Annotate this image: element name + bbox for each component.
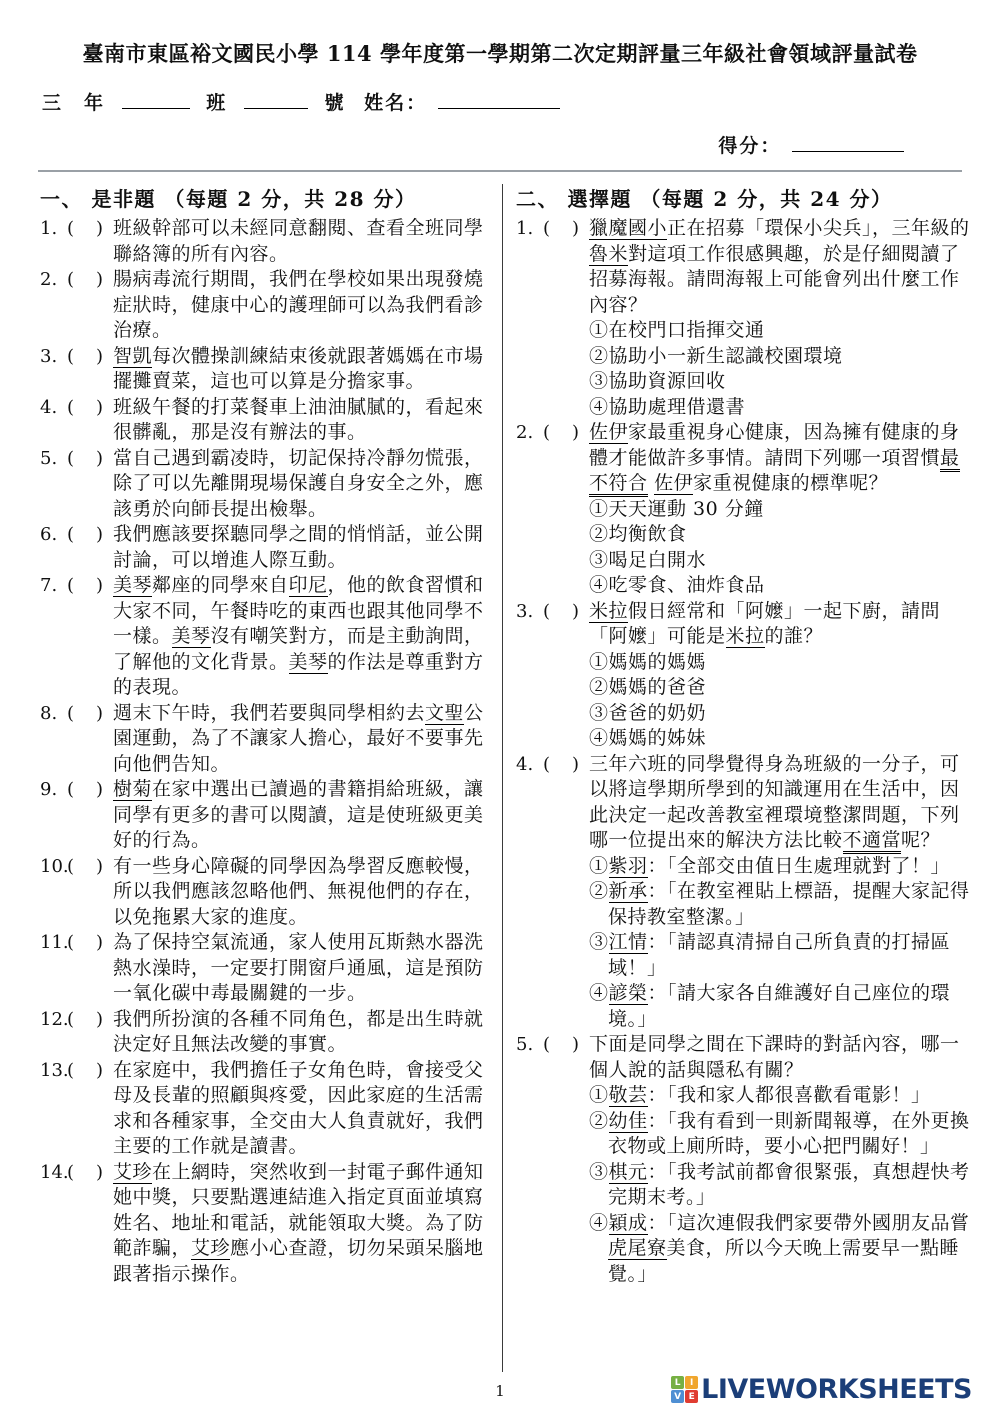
true-false-column: 一、 是非題 （每題 2 分，共 28 分）1.( )班級幹部可以未經同意翻閱、… xyxy=(0,184,503,1372)
text-segment: ④吃零食、油炸食品 xyxy=(589,574,765,596)
choice-option[interactable]: ①敬芸：「我和家人都很喜歡看電影！」 xyxy=(589,1083,976,1109)
name-label: 姓名： xyxy=(364,92,427,114)
underlined-text: 敬芸 xyxy=(609,1084,648,1107)
question-number: 12. xyxy=(40,1007,67,1033)
text-segment: ：「我考試前都會很緊張，真想趕快考完期末考。」 xyxy=(608,1161,970,1209)
text-segment: 下面是同學之間在下課時的對話內容，哪一個人說的話與隱私有關？ xyxy=(589,1033,960,1081)
text-segment: 呢？ xyxy=(901,829,940,851)
text-segment: ① xyxy=(589,1084,609,1106)
text-segment: ：「這次連假我們家要帶外國朋友品嘗 xyxy=(648,1212,970,1234)
answer-blank[interactable]: ( ) xyxy=(67,854,113,880)
question-body: 腸病毒流行期間，我們在學校如果出現發燒症狀時，健康中心的護理師可以為我們看診治療… xyxy=(113,267,494,344)
student-info-line: 三 年 班 號 姓名： xyxy=(42,88,960,115)
question-number: 3. xyxy=(516,599,543,625)
question-text: 米拉假日經常和「阿嬤」一起下廚，請問「阿嬤」可能是米拉的誰？ xyxy=(589,599,976,650)
liveworksheets-logo: LIVE LIVEWORKSHEETS xyxy=(671,1374,972,1405)
answer-blank[interactable]: ( ) xyxy=(543,599,589,625)
question-row: 4.( )班級午餐的打菜餐車上油油膩膩的，看起來很髒亂，那是沒有辦法的事。 xyxy=(40,395,494,446)
question-body: 佐伊家最重視身心健康，因為擁有健康的身體才能做許多事情。請問下列哪一項習慣最不符… xyxy=(589,420,976,599)
question-body: 為了保持空氣流通，家人使用瓦斯熱水器洗熱水澡時，一定要打開窗戶通風，這是預防一氧… xyxy=(113,930,494,1007)
text-segment: 當自己遇到霸凌時，切記保持冷靜勿慌張，除了可以先離開現場保護自身安全之外，應該勇… xyxy=(113,447,484,520)
question-row: 5.( )當自己遇到霸凌時，切記保持冷靜勿慌張，除了可以先離開現場保護自身安全之… xyxy=(40,446,494,523)
underlined-text: 魯米 xyxy=(589,243,628,266)
logo-square-e: E xyxy=(685,1390,698,1403)
question-text: 我們所扮演的各種不同角色，都是出生時就決定好且無法改變的事實。 xyxy=(113,1007,494,1058)
text-segment: 鄰座的同學來自 xyxy=(152,574,289,596)
question-body: 我們應該要探聽同學之間的悄悄話，並公開討論，可以增進人際互動。 xyxy=(113,522,494,573)
underlined-text: 新承 xyxy=(609,880,648,903)
question-text: 為了保持空氣流通，家人使用瓦斯熱水器洗熱水澡時，一定要打開窗戶通風，這是預防一氧… xyxy=(113,930,494,1007)
question-body: 艾珍在上網時，突然收到一封電子郵件通知她中獎，只要點選連結進入指定頁面並填寫姓名… xyxy=(113,1160,494,1288)
choice-option[interactable]: ②媽媽的爸爸 xyxy=(589,675,976,701)
question-row: 1.( )班級幹部可以未經同意翻閱、查看全班同學聯絡簿的所有內容。 xyxy=(40,216,494,267)
text-segment: 在家中選出已讀過的書籍捐給班級，讓同學有更多的書可以閱讀，這是使班級更美好的行為… xyxy=(113,778,484,851)
question-number: 5. xyxy=(516,1032,543,1058)
answer-blank[interactable]: ( ) xyxy=(67,267,113,293)
choice-option[interactable]: ③協助資源回收 xyxy=(589,369,976,395)
answer-blank[interactable]: ( ) xyxy=(67,1007,113,1033)
choice-option[interactable]: ④媽媽的姊妹 xyxy=(589,726,976,752)
text-segment: 為了保持空氣流通，家人使用瓦斯熱水器洗熱水澡時，一定要打開窗戶通風，這是預防一氧… xyxy=(113,931,484,1004)
answer-blank[interactable]: ( ) xyxy=(67,777,113,803)
text-segment: ③爸爸的奶奶 xyxy=(589,702,706,724)
question-row: 13.( )在家庭中，我們擔任子女角色時，會接受父母及長輩的照顧與疼愛，因此家庭… xyxy=(40,1058,494,1160)
underlined-text: 佐伊 xyxy=(589,421,628,444)
question-text: 樹菊在家中選出已讀過的書籍捐給班級，讓同學有更多的書可以閱讀，這是使班級更美好的… xyxy=(113,777,494,854)
question-row: 14.( )艾珍在上網時，突然收到一封電子郵件通知她中獎，只要點選連結進入指定頁… xyxy=(40,1160,494,1288)
question-row: 10.( )有一些身心障礙的同學因為學習反應較慢，所以我們應該忽略他們、無視他們… xyxy=(40,854,494,931)
question-text: 週末下午時，我們若要與同學相約去文聖公園運動，為了不讓家人擔心，最好不要事先向他… xyxy=(113,701,494,778)
question-number: 1. xyxy=(516,216,543,242)
logo-square-l: L xyxy=(671,1376,684,1389)
logo-square-i: I xyxy=(685,1376,698,1389)
question-row: 2.( )腸病毒流行期間，我們在學校如果出現發燒症狀時，健康中心的護理師可以為我… xyxy=(40,267,494,344)
answer-blank[interactable]: ( ) xyxy=(67,522,113,548)
question-number: 6. xyxy=(40,522,67,548)
choice-option[interactable]: ④穎成：「這次連假我們家要帶外國朋友品嘗虎尾寮美食，所以今天晚上需要早一點睡覺。… xyxy=(589,1211,976,1288)
question-row: 7.( )美琴鄰座的同學來自印尼，他的飲食習慣和大家不同，午餐時吃的東西也跟其他… xyxy=(40,573,494,701)
choice-option[interactable]: ①在校門口指揮交通 xyxy=(589,318,976,344)
text-segment: ① xyxy=(589,855,609,877)
question-row: 5.( )下面是同學之間在下課時的對話內容，哪一個人說的話與隱私有關？①敬芸：「… xyxy=(516,1032,976,1287)
question-text: 獵魔國小正在招募「環保小尖兵」，三年級的魯米對這項工作很感興趣，於是仔細閱讀了招… xyxy=(589,216,976,318)
text-segment: 週末下午時，我們若要與同學相約去 xyxy=(113,702,425,724)
text-segment: ②均衡飲食 xyxy=(589,523,687,545)
text-segment: ④ xyxy=(589,982,609,1004)
choice-option[interactable]: ②幼佳：「我有看到一則新聞報導，在外更換衣物或上廁所時，要小心把門關好！」 xyxy=(589,1109,976,1160)
answer-blank[interactable]: ( ) xyxy=(67,216,113,242)
question-text: 有一些身心障礙的同學因為學習反應較慢，所以我們應該忽略他們、無視他們的存在，以免… xyxy=(113,854,494,931)
question-body: 在家庭中，我們擔任子女角色時，會接受父母及長輩的照顧與疼愛，因此家庭的生活需求和… xyxy=(113,1058,494,1160)
choice-option[interactable]: ③江情：「請認真清掃自己所負責的打掃區域！」 xyxy=(589,930,976,981)
section-heading: 一、 是非題 （每題 2 分，共 28 分） xyxy=(40,184,494,214)
text-segment: ② xyxy=(589,1110,609,1132)
question-number: 1. xyxy=(40,216,67,242)
question-body: 獵魔國小正在招募「環保小尖兵」，三年級的魯米對這項工作很感興趣，於是仔細閱讀了招… xyxy=(589,216,976,420)
text-segment: 班級午餐的打菜餐車上油油膩膩的，看起來很髒亂，那是沒有辦法的事。 xyxy=(113,396,484,444)
question-text: 艾珍在上網時，突然收到一封電子郵件通知她中獎，只要點選連結進入指定頁面並填寫姓名… xyxy=(113,1160,494,1288)
question-text: 美琴鄰座的同學來自印尼，他的飲食習慣和大家不同，午餐時吃的東西也跟其他同學不一樣… xyxy=(113,573,494,701)
answer-blank[interactable]: ( ) xyxy=(67,573,113,599)
section-heading: 二、 選擇題 （每題 2 分，共 24 分） xyxy=(516,184,976,214)
text-segment: 正在招募「環保小尖兵」，三年級的 xyxy=(667,217,970,239)
choice-option[interactable]: ②均衡飲食 xyxy=(589,522,976,548)
question-text: 智凱每次體操訓練結束後就跟著媽媽在市場擺攤賣菜，這也可以算是分擔家事。 xyxy=(113,344,494,395)
score-line: 得分： xyxy=(0,131,904,158)
text-segment: 有一些身心障礙的同學因為學習反應較慢，所以我們應該忽略他們、無視他們的存在，以免… xyxy=(113,855,484,928)
question-body: 米拉假日經常和「阿嬤」一起下廚，請問「阿嬤」可能是米拉的誰？①媽媽的媽媽②媽媽的… xyxy=(589,599,976,752)
underlined-text: 米拉 xyxy=(589,600,628,623)
question-body: 當自己遇到霸凌時，切記保持冷靜勿慌張，除了可以先離開現場保護自身安全之外，應該勇… xyxy=(113,446,494,523)
question-row: 4.( )三年六班的同學覺得身為班級的一分子，可以將這學期所學到的知識運用在生活… xyxy=(516,752,976,1033)
question-number: 2. xyxy=(516,420,543,446)
score-blank[interactable] xyxy=(792,131,904,152)
question-number: 11. xyxy=(40,930,67,956)
underlined-text: 江情 xyxy=(609,931,648,954)
liveworksheets-logo-icon: LIVE xyxy=(671,1376,698,1403)
choice-option[interactable]: ②協助小一新生認識校園環境 xyxy=(589,344,976,370)
question-body: 週末下午時，我們若要與同學相約去文聖公園運動，為了不讓家人擔心，最好不要事先向他… xyxy=(113,701,494,778)
answer-blank[interactable]: ( ) xyxy=(67,1160,113,1186)
answer-blank[interactable]: ( ) xyxy=(67,395,113,421)
question-text: 三年六班的同學覺得身為班級的一分子，可以將這學期所學到的知識運用在生活中，因此決… xyxy=(589,752,976,854)
text-segment: 家重視健康的標準呢？ xyxy=(693,472,888,494)
text-segment: 每次體操訓練結束後就跟著媽媽在市場擺攤賣菜，這也可以算是分擔家事。 xyxy=(113,345,484,393)
question-body: 班級幹部可以未經同意翻閱、查看全班同學聯絡簿的所有內容。 xyxy=(113,216,494,267)
text-segment: ：「全部交由值日生處理就對了！」 xyxy=(648,855,951,877)
answer-blank[interactable]: ( ) xyxy=(543,216,589,242)
answer-blank[interactable]: ( ) xyxy=(67,344,113,370)
multiple-choice-column: 二、 選擇題 （每題 2 分，共 24 分）1.( )獵魔國小正在招募「環保小尖… xyxy=(503,184,1000,1372)
question-number: 7. xyxy=(40,573,67,599)
text-segment: ①天天運動 30 分鐘 xyxy=(589,498,764,520)
text-segment: ：「請認真清掃自己所負責的打掃區域！」 xyxy=(608,931,950,979)
text-segment: 我們應該要探聽同學之間的悄悄話，並公開討論，可以增進人際互動。 xyxy=(113,523,484,571)
text-segment: ②媽媽的爸爸 xyxy=(589,676,706,698)
underlined-text: 紫羽 xyxy=(609,855,648,878)
exam-paper-page: 臺南市東區裕文國民小學 114 學年度第一學期第二次定期評量三年級社會領域評量試… xyxy=(0,0,1000,1416)
text-segment: 在家庭中，我們擔任子女角色時，會接受父母及長輩的照顧與疼愛，因此家庭的生活需求和… xyxy=(113,1059,484,1158)
answer-blank[interactable]: ( ) xyxy=(543,752,589,778)
question-body: 有一些身心障礙的同學因為學習反應較慢，所以我們應該忽略他們、無視他們的存在，以免… xyxy=(113,854,494,931)
answer-blank[interactable]: ( ) xyxy=(67,1058,113,1084)
question-number: 14. xyxy=(40,1160,67,1186)
answer-blank[interactable]: ( ) xyxy=(67,930,113,956)
underlined-text: 幼佳 xyxy=(609,1110,648,1133)
page-title: 臺南市東區裕文國民小學 114 學年度第一學期第二次定期評量三年級社會領域評量試… xyxy=(0,0,1000,68)
text-segment: ③協助資源回收 xyxy=(589,370,726,392)
question-number: 4. xyxy=(40,395,67,421)
question-row: 3.( )智凱每次體操訓練結束後就跟著媽媽在市場擺攤賣菜，這也可以算是分擔家事。 xyxy=(40,344,494,395)
class-label: 班 xyxy=(206,92,227,114)
text-segment: ③喝足白開水 xyxy=(589,549,706,571)
text-segment: 的誰？ xyxy=(765,625,824,647)
question-text: 班級午餐的打菜餐車上油油膩膩的，看起來很髒亂，那是沒有辦法的事。 xyxy=(113,395,494,446)
underlined-text: 艾珍 xyxy=(191,1237,230,1260)
question-text: 下面是同學之間在下課時的對話內容，哪一個人說的話與隱私有關？ xyxy=(589,1032,976,1083)
question-columns: 一、 是非題 （每題 2 分，共 28 分）1.( )班級幹部可以未經同意翻閱、… xyxy=(0,184,1000,1372)
question-text: 當自己遇到霸凌時，切記保持冷靜勿慌張，除了可以先離開現場保護自身安全之外，應該勇… xyxy=(113,446,494,523)
score-label: 得分： xyxy=(718,135,781,157)
text-segment: ③ xyxy=(589,931,609,953)
question-text: 班級幹部可以未經同意翻閱、查看全班同學聯絡簿的所有內容。 xyxy=(113,216,494,267)
text-segment: 對這項工作很感興趣，於是仔細閱讀了招募海報。請問海報上可能會列出什麼工作內容？ xyxy=(589,243,960,316)
question-number: 9. xyxy=(40,777,67,803)
question-body: 下面是同學之間在下課時的對話內容，哪一個人說的話與隱私有關？①敬芸：「我和家人都… xyxy=(589,1032,976,1287)
question-row: 6.( )我們應該要探聽同學之間的悄悄話，並公開討論，可以增進人際互動。 xyxy=(40,522,494,573)
answer-blank[interactable]: ( ) xyxy=(543,1032,589,1058)
text-segment: ：「在教室裡貼上標語，提醒大家記得保持教室整潔。」 xyxy=(608,880,970,928)
text-segment: ④協助處理借還書 xyxy=(589,396,745,418)
choice-option[interactable]: ②新承：「在教室裡貼上標語，提醒大家記得保持教室整潔。」 xyxy=(589,879,976,930)
choice-option[interactable]: ④協助處理借還書 xyxy=(589,395,976,421)
underlined-text: 文聖 xyxy=(425,702,464,725)
underlined-text: 諺榮 xyxy=(609,982,648,1005)
question-body: 班級午餐的打菜餐車上油油膩膩的，看起來很髒亂，那是沒有辦法的事。 xyxy=(113,395,494,446)
text-segment: 班級幹部可以未經同意翻閱、查看全班同學聯絡簿的所有內容。 xyxy=(113,217,484,265)
underlined-text: 獵魔國小 xyxy=(589,217,667,240)
text-segment: ② xyxy=(589,880,609,902)
question-body: 三年六班的同學覺得身為班級的一分子，可以將這學期所學到的知識運用在生活中，因此決… xyxy=(589,752,976,1033)
class-blank[interactable] xyxy=(122,88,190,109)
choice-option[interactable]: ④諺榮：「請大家各自維護好自己座位的環境。」 xyxy=(589,981,976,1032)
text-segment: ：「請大家各自維護好自己座位的環境。」 xyxy=(608,982,950,1030)
underlined-text: 美琴 xyxy=(172,625,211,648)
question-number: 4. xyxy=(516,752,543,778)
question-number: 2. xyxy=(40,267,67,293)
underlined-text: 穎成 xyxy=(609,1212,648,1235)
logo-square-v: V xyxy=(671,1390,684,1403)
question-row: 3.( )米拉假日經常和「阿嬤」一起下廚，請問「阿嬤」可能是米拉的誰？①媽媽的媽… xyxy=(516,599,976,752)
underlined-text: 艾珍 xyxy=(113,1161,152,1184)
question-row: 9.( )樹菊在家中選出已讀過的書籍捐給班級，讓同學有更多的書可以閱讀，這是使班… xyxy=(40,777,494,854)
answer-blank[interactable]: ( ) xyxy=(67,446,113,472)
question-row: 11.( )為了保持空氣流通，家人使用瓦斯熱水器洗熱水澡時，一定要打開窗戶通風，… xyxy=(40,930,494,1007)
text-segment: ②協助小一新生認識校園環境 xyxy=(589,345,843,367)
text-segment: ①在校門口指揮交通 xyxy=(589,319,765,341)
question-number: 8. xyxy=(40,701,67,727)
seat-number-blank[interactable] xyxy=(244,88,308,109)
underlined-text: 美琴 xyxy=(113,574,152,597)
grade-label: 三 年 xyxy=(42,92,105,114)
answer-blank[interactable]: ( ) xyxy=(67,701,113,727)
underlined-text: 樹菊 xyxy=(113,778,152,801)
choice-option[interactable]: ①紫羽：「全部交由值日生處理就對了！」 xyxy=(589,854,976,880)
text-segment: ④媽媽的姊妹 xyxy=(589,727,706,749)
question-row: 2.( )佐伊家最重視身心健康，因為擁有健康的身體才能做許多事情。請問下列哪一項… xyxy=(516,420,976,599)
question-number: 13. xyxy=(40,1058,67,1084)
underlined-text: 智凱 xyxy=(113,345,152,368)
question-number: 5. xyxy=(40,446,67,472)
name-blank[interactable] xyxy=(438,88,560,109)
question-number: 3. xyxy=(40,344,67,370)
underlined-text: 佐伊 xyxy=(654,472,693,495)
question-body: 智凱每次體操訓練結束後就跟著媽媽在市場擺攤賣菜，這也可以算是分擔家事。 xyxy=(113,344,494,395)
liveworksheets-logo-text: LIVEWORKSHEETS xyxy=(701,1374,972,1405)
choice-option[interactable]: ④吃零食、油炸食品 xyxy=(589,573,976,599)
seat-label: 號 xyxy=(325,92,346,114)
choice-option[interactable]: ①天天運動 30 分鐘 xyxy=(589,497,976,523)
question-number: 10. xyxy=(40,854,67,880)
underlined-text: 不適當 xyxy=(843,829,902,854)
text-segment: 腸病毒流行期間，我們在學校如果出現發燒症狀時，健康中心的護理師可以為我們看診治療… xyxy=(113,268,484,341)
choice-option[interactable]: ③爸爸的奶奶 xyxy=(589,701,976,727)
text-segment: ③ xyxy=(589,1161,609,1183)
text-segment: ④ xyxy=(589,1212,609,1234)
underlined-text: 印尼 xyxy=(289,574,328,597)
choice-option[interactable]: ③棋元：「我考試前都會很緊張，真想趕快考完期末考。」 xyxy=(589,1160,976,1211)
text-segment: 家最重視身心健康，因為擁有健康的身體才能做許多事情。請問下列哪一項習慣 xyxy=(589,421,960,469)
question-body: 樹菊在家中選出已讀過的書籍捐給班級，讓同學有更多的書可以閱讀，這是使班級更美好的… xyxy=(113,777,494,854)
underlined-text: 虎尾寮 xyxy=(608,1237,667,1260)
header-divider xyxy=(38,170,962,172)
underlined-text: 棋元 xyxy=(609,1161,648,1184)
question-text: 佐伊家最重視身心健康，因為擁有健康的身體才能做許多事情。請問下列哪一項習慣最不符… xyxy=(589,420,976,497)
question-row: 1.( )獵魔國小正在招募「環保小尖兵」，三年級的魯米對這項工作很感興趣，於是仔… xyxy=(516,216,976,420)
choice-option[interactable]: ③喝足白開水 xyxy=(589,548,976,574)
question-row: 12.( )我們所扮演的各種不同角色，都是出生時就決定好且無法改變的事實。 xyxy=(40,1007,494,1058)
text-segment: ：「我有看到一則新聞報導，在外更換衣物或上廁所時，要小心把門關好！」 xyxy=(608,1110,970,1158)
question-text: 我們應該要探聽同學之間的悄悄話，並公開討論，可以增進人際互動。 xyxy=(113,522,494,573)
choice-option[interactable]: ①媽媽的媽媽 xyxy=(589,650,976,676)
question-body: 美琴鄰座的同學來自印尼，他的飲食習慣和大家不同，午餐時吃的東西也跟其他同學不一樣… xyxy=(113,573,494,701)
underlined-text: 米拉 xyxy=(726,625,765,648)
text-segment: ：「我和家人都很喜歡看電影！」 xyxy=(648,1084,931,1106)
text-segment: 我們所扮演的各種不同角色，都是出生時就決定好且無法改變的事實。 xyxy=(113,1008,484,1056)
question-row: 8.( )週末下午時，我們若要與同學相約去文聖公園運動，為了不讓家人擔心，最好不… xyxy=(40,701,494,778)
question-text: 在家庭中，我們擔任子女角色時，會接受父母及長輩的照顧與疼愛，因此家庭的生活需求和… xyxy=(113,1058,494,1160)
question-body: 我們所扮演的各種不同角色，都是出生時就決定好且無法改變的事實。 xyxy=(113,1007,494,1058)
text-segment: ①媽媽的媽媽 xyxy=(589,651,706,673)
question-text: 腸病毒流行期間，我們在學校如果出現發燒症狀時，健康中心的護理師可以為我們看診治療… xyxy=(113,267,494,344)
underlined-text: 美琴 xyxy=(289,651,328,674)
answer-blank[interactable]: ( ) xyxy=(543,420,589,446)
